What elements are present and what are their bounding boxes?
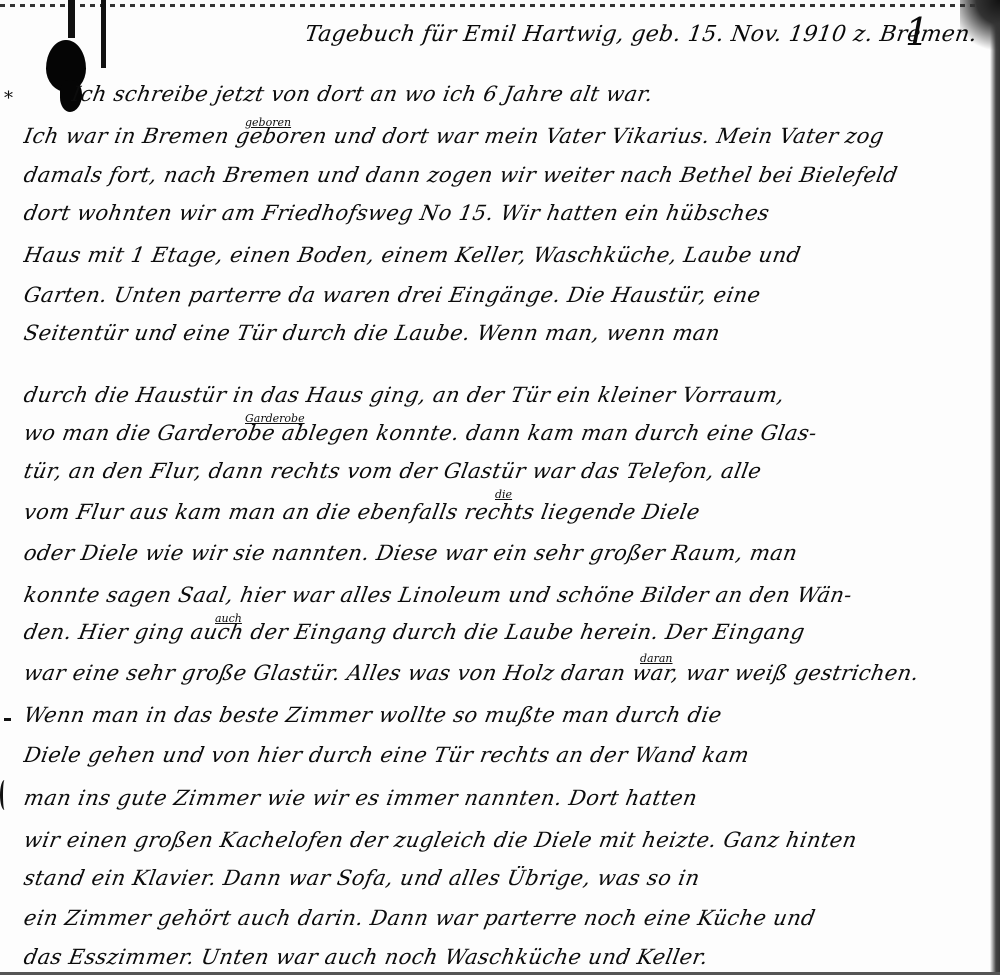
- interlinear-insertion: die: [495, 488, 512, 501]
- interlinear-insertion: auch: [215, 612, 242, 625]
- text-line: wir einen großen Kachelofen der zugleich…: [22, 828, 1000, 852]
- text-line: konnte sagen Saal, hier war alles Linole…: [22, 583, 1000, 607]
- text-line: Seitentür und eine Tür durch die Laube. …: [22, 321, 1000, 345]
- text-line: das Esszimmer. Unten war auch noch Wasch…: [22, 945, 1000, 969]
- interlinear-insertion: Garderobe: [245, 412, 305, 425]
- text-line: vom Flur aus kam man an die ebenfalls re…: [22, 500, 1000, 524]
- text-line: Diele gehen und von hier durch eine Tür …: [22, 743, 1000, 767]
- text-line: ein Zimmer gehört auch darin. Dann war p…: [22, 906, 1000, 930]
- text-line: Ich war in Bremen geboren und dort war m…: [22, 124, 1000, 148]
- text-line: oder Diele wie wir sie nannten. Diese wa…: [22, 541, 1000, 565]
- text-line: Wenn man in das beste Zimmer wollte so m…: [22, 703, 1000, 727]
- text-line: dort wohnten wir am Friedhofsweg No 15. …: [22, 201, 1000, 225]
- text-line: war eine sehr große Glastür. Alles was v…: [22, 661, 1000, 685]
- text-line: tür, an den Flur, dann rechts vom der Gl…: [22, 459, 1000, 483]
- text-line: stand ein Klavier. Dann war Sofa, und al…: [22, 866, 1000, 890]
- text-line: man ins gute Zimmer wie wir es immer nan…: [22, 786, 1000, 810]
- text-line: damals fort, nach Bremen und dann zogen …: [22, 163, 1000, 187]
- text-line: Ich schreibe jetzt von dort an wo ich 6 …: [70, 82, 1000, 106]
- text-line: Garten. Unten parterre da waren drei Ein…: [22, 283, 1000, 307]
- document-page: * Tagebuch für Emil Hartwig, geb. 15. No…: [0, 0, 1000, 975]
- text-line: Haus mit 1 Etage, einen Boden, einem Kel…: [22, 243, 1000, 267]
- text-line: den. Hier ging auch der Eingang durch di…: [22, 620, 1000, 644]
- interlinear-insertion: daran: [640, 652, 673, 665]
- text-line: durch die Haustür in das Haus ging, an d…: [22, 383, 1000, 407]
- text-line: wo man die Garderobe ablegen konnte. dan…: [22, 421, 1000, 445]
- interlinear-insertion: geboren: [245, 116, 291, 129]
